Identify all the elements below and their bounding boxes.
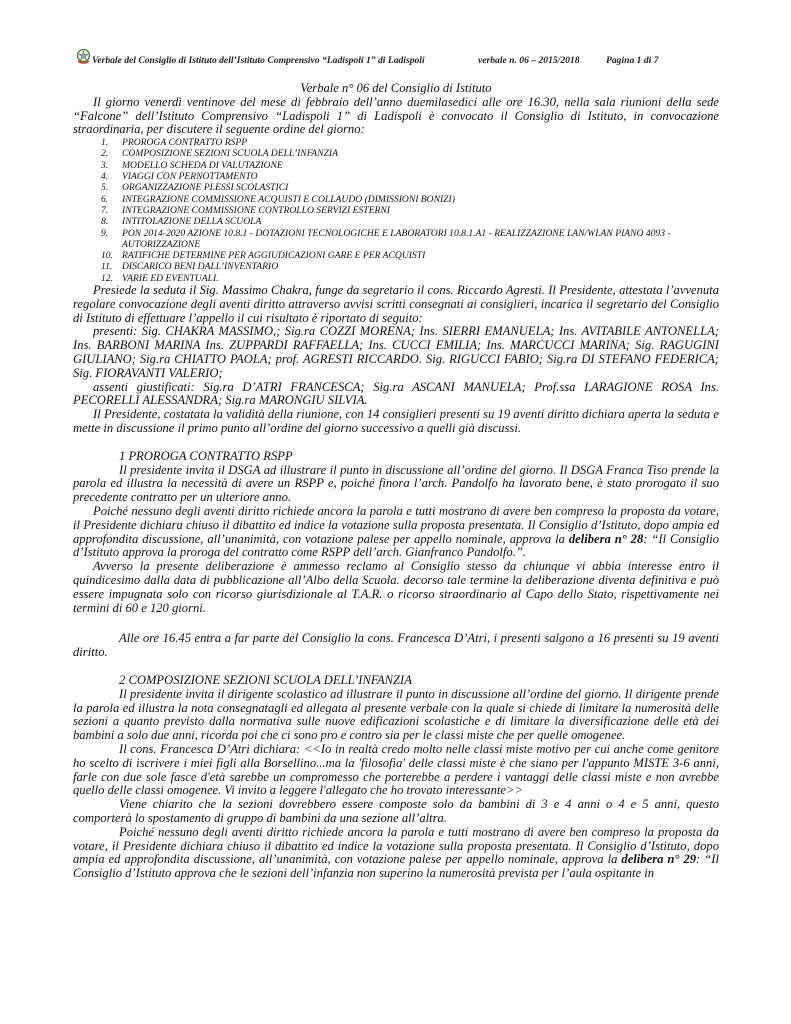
section-1-title: 1 PROROGA CONTRATTO RSPP (73, 450, 719, 464)
agenda-item: 4.VIAGGI CON PERNOTTAMENTO (73, 171, 719, 182)
agenda-item: 8.INTITOLAZIONE DELLA SCUOLA (73, 216, 719, 227)
agenda-item: 10.RATIFICHE DETERMINE PER AGGIUDICAZION… (73, 250, 719, 261)
header-title: Verbale del Consiglio di Istituto dell’I… (92, 55, 425, 66)
presidency-paragraph: Presiede la seduta il Sig. Massimo Chakr… (73, 284, 719, 325)
agenda-item: 1.PROROGA CONTRATTO RSPP (73, 137, 719, 148)
verbale-number: verbale n. 06 – 2015/2018 (478, 55, 580, 66)
delibera-number: delibera n° 28 (569, 532, 643, 546)
section-2-paragraph: Il presidente invita il dirigente scolas… (73, 688, 719, 743)
section-1-vote: Poiché nessuno degli aventi diritto rich… (73, 505, 719, 560)
document-page: Verbale del Consiglio di Istituto dell’I… (0, 0, 791, 1024)
agenda-item: 6.INTEGRAZIONE COMMISSIONE ACQUISTI E CO… (73, 194, 719, 205)
section-1-paragraph: Il presidente invita il DSGA ad illustra… (73, 464, 719, 505)
agenda-item: 7.INTEGRAZIONE COMMISSIONE CONTROLLO SER… (73, 205, 719, 216)
page-header: Verbale del Consiglio di Istituto dell’I… (76, 48, 716, 70)
emblem-icon (76, 48, 91, 65)
agenda-list: 1.PROROGA CONTRATTO RSPP 2.COMPOSIZIONE … (73, 137, 719, 284)
arrival-paragraph: Alle ore 16.45 entra a far parte del Con… (73, 632, 719, 660)
agenda-item: 11.DISCARICO BENI DALL’INVENTARIO (73, 261, 719, 272)
section-2-clarification: Viene chiarito che la sezioni dovrebbero… (73, 798, 719, 826)
document-title: Verbale n° 06 del Consiglio di Istituto (73, 82, 719, 96)
agenda-item: 2.COMPOSIZIONE SEZIONI SCUOLA DELL’INFAN… (73, 148, 719, 159)
section-2-vote: Poiché nessuno degli aventi diritto rich… (73, 826, 719, 881)
absent-members: assenti giustificati: Sig.ra D’ATRI FRAN… (73, 381, 719, 409)
agenda-item: 3.MODELLO SCHEDA DI VALUTAZIONE (73, 160, 719, 171)
agenda-item: 5.ORGANIZZAZIONE PLESSI SCOLASTICI (73, 182, 719, 193)
agenda-item: 12.VARIE ED EVENTUALI. (73, 273, 719, 284)
agenda-item: 9.PON 2014-2020 AZIONE 10.8.1 - DOTAZION… (73, 228, 719, 251)
delibera-number: delibera n° 29 (621, 852, 696, 866)
section-1-appeal: Avverso la presente deliberazione è amme… (73, 560, 719, 615)
section-2-statement: Il cons. Francesca D’Atri dichiara: <<Io… (73, 743, 719, 798)
section-2-title: 2 COMPOSIZIONE SEZIONI SCUOLA DELL’INFAN… (73, 674, 719, 688)
present-members: presenti: Sig. CHAKRA MASSIMO,; Sig.ra C… (73, 325, 719, 380)
document-body: Verbale n° 06 del Consiglio di Istituto … (73, 82, 719, 881)
validity-paragraph: Il Presidente, costatata la validità del… (73, 408, 719, 436)
intro-paragraph: Il giorno venerdì ventinove del mese di … (73, 96, 719, 137)
page-indicator: Pagina 1 di 7 (606, 55, 659, 66)
